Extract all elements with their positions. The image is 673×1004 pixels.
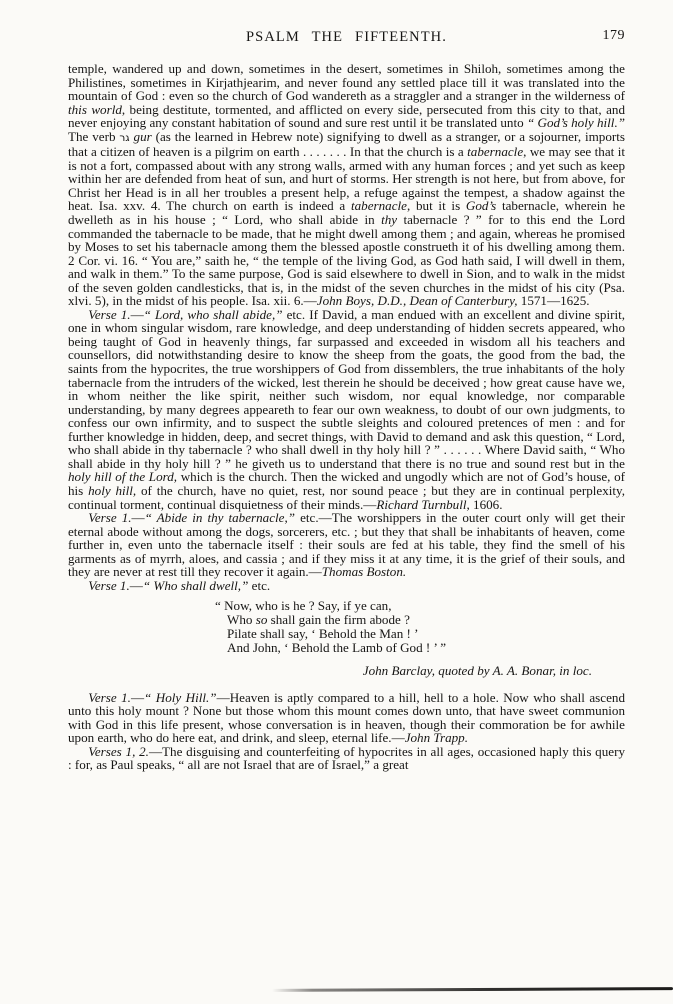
text-segment: The verb xyxy=(68,129,119,144)
running-title: PSALM THE FIFTEENTH. xyxy=(246,29,447,46)
poem-line: “ Now, who is he ? Say, if ye can, xyxy=(215,599,625,613)
page-edge-shadow xyxy=(272,987,673,992)
text-segment: etc. If David, a man endued with an exce… xyxy=(68,307,625,471)
text-segment: John Barclay, quoted by A. A. Bonar, in … xyxy=(363,663,592,678)
text-segment: “ Who shall dwell,” xyxy=(143,578,249,593)
text-segment: temple, wandered up and down, sometimes … xyxy=(68,61,625,103)
paragraph: Verse 1.—“ Lord, who shall abide,” etc. … xyxy=(68,308,625,511)
text-segment: —The disguising and counterfeiting of hy… xyxy=(68,744,625,773)
poem-attribution: John Barclay, quoted by A. A. Bonar, in … xyxy=(68,664,592,678)
poem-line: And John, ‘ Behold the Lamb of God ! ’ ” xyxy=(227,641,625,655)
text-segment: gur xyxy=(134,129,152,144)
text-segment: Pilate shall say, ‘ Behold the Man ! ’ xyxy=(227,626,419,641)
poem-line: Pilate shall say, ‘ Behold the Man ! ’ xyxy=(227,627,625,641)
page-number: 179 xyxy=(603,28,626,44)
paragraph: Verse 1.—“ Abide in thy tabernacle,” etc… xyxy=(68,511,625,579)
text-segment: And John, ‘ Behold the Lamb of God ! ’ ” xyxy=(227,640,446,655)
paragraph: Verse 1.—“ Holy Hill.”—Heaven is aptly c… xyxy=(68,691,625,745)
text-segment: Verse 1. xyxy=(88,578,129,593)
book-page: PSALM THE FIFTEENTH. 179 temple, wandere… xyxy=(0,0,673,1004)
poem-line: Who so shall gain the firm abode ? xyxy=(227,613,625,627)
text-segment: etc. xyxy=(248,578,270,593)
paragraph: temple, wandered up and down, sometimes … xyxy=(68,62,625,308)
text-segment: so xyxy=(256,612,268,627)
paragraph: Verse 1.—“ Who shall dwell,” etc. xyxy=(68,579,625,593)
poem-stanza: “ Now, who is he ? Say, if ye can,Who so… xyxy=(215,599,625,655)
text-segment: shall gain the firm abode ? xyxy=(267,612,410,627)
text-segment: — xyxy=(130,578,143,593)
text-segment: of the church, have no quiet, rest, nor … xyxy=(68,483,625,512)
text-segment: Thomas Boston. xyxy=(322,564,406,579)
page-header: PSALM THE FIFTEENTH. 179 xyxy=(68,28,625,46)
text-segment: Who xyxy=(227,612,256,627)
paragraph: Verses 1, 2.—The disguising and counterf… xyxy=(68,745,625,772)
page-body: temple, wandered up and down, sometimes … xyxy=(68,62,625,772)
hebrew-word: גר xyxy=(119,132,129,144)
text-segment: “ Now, who is he ? Say, if ye can, xyxy=(215,598,391,613)
